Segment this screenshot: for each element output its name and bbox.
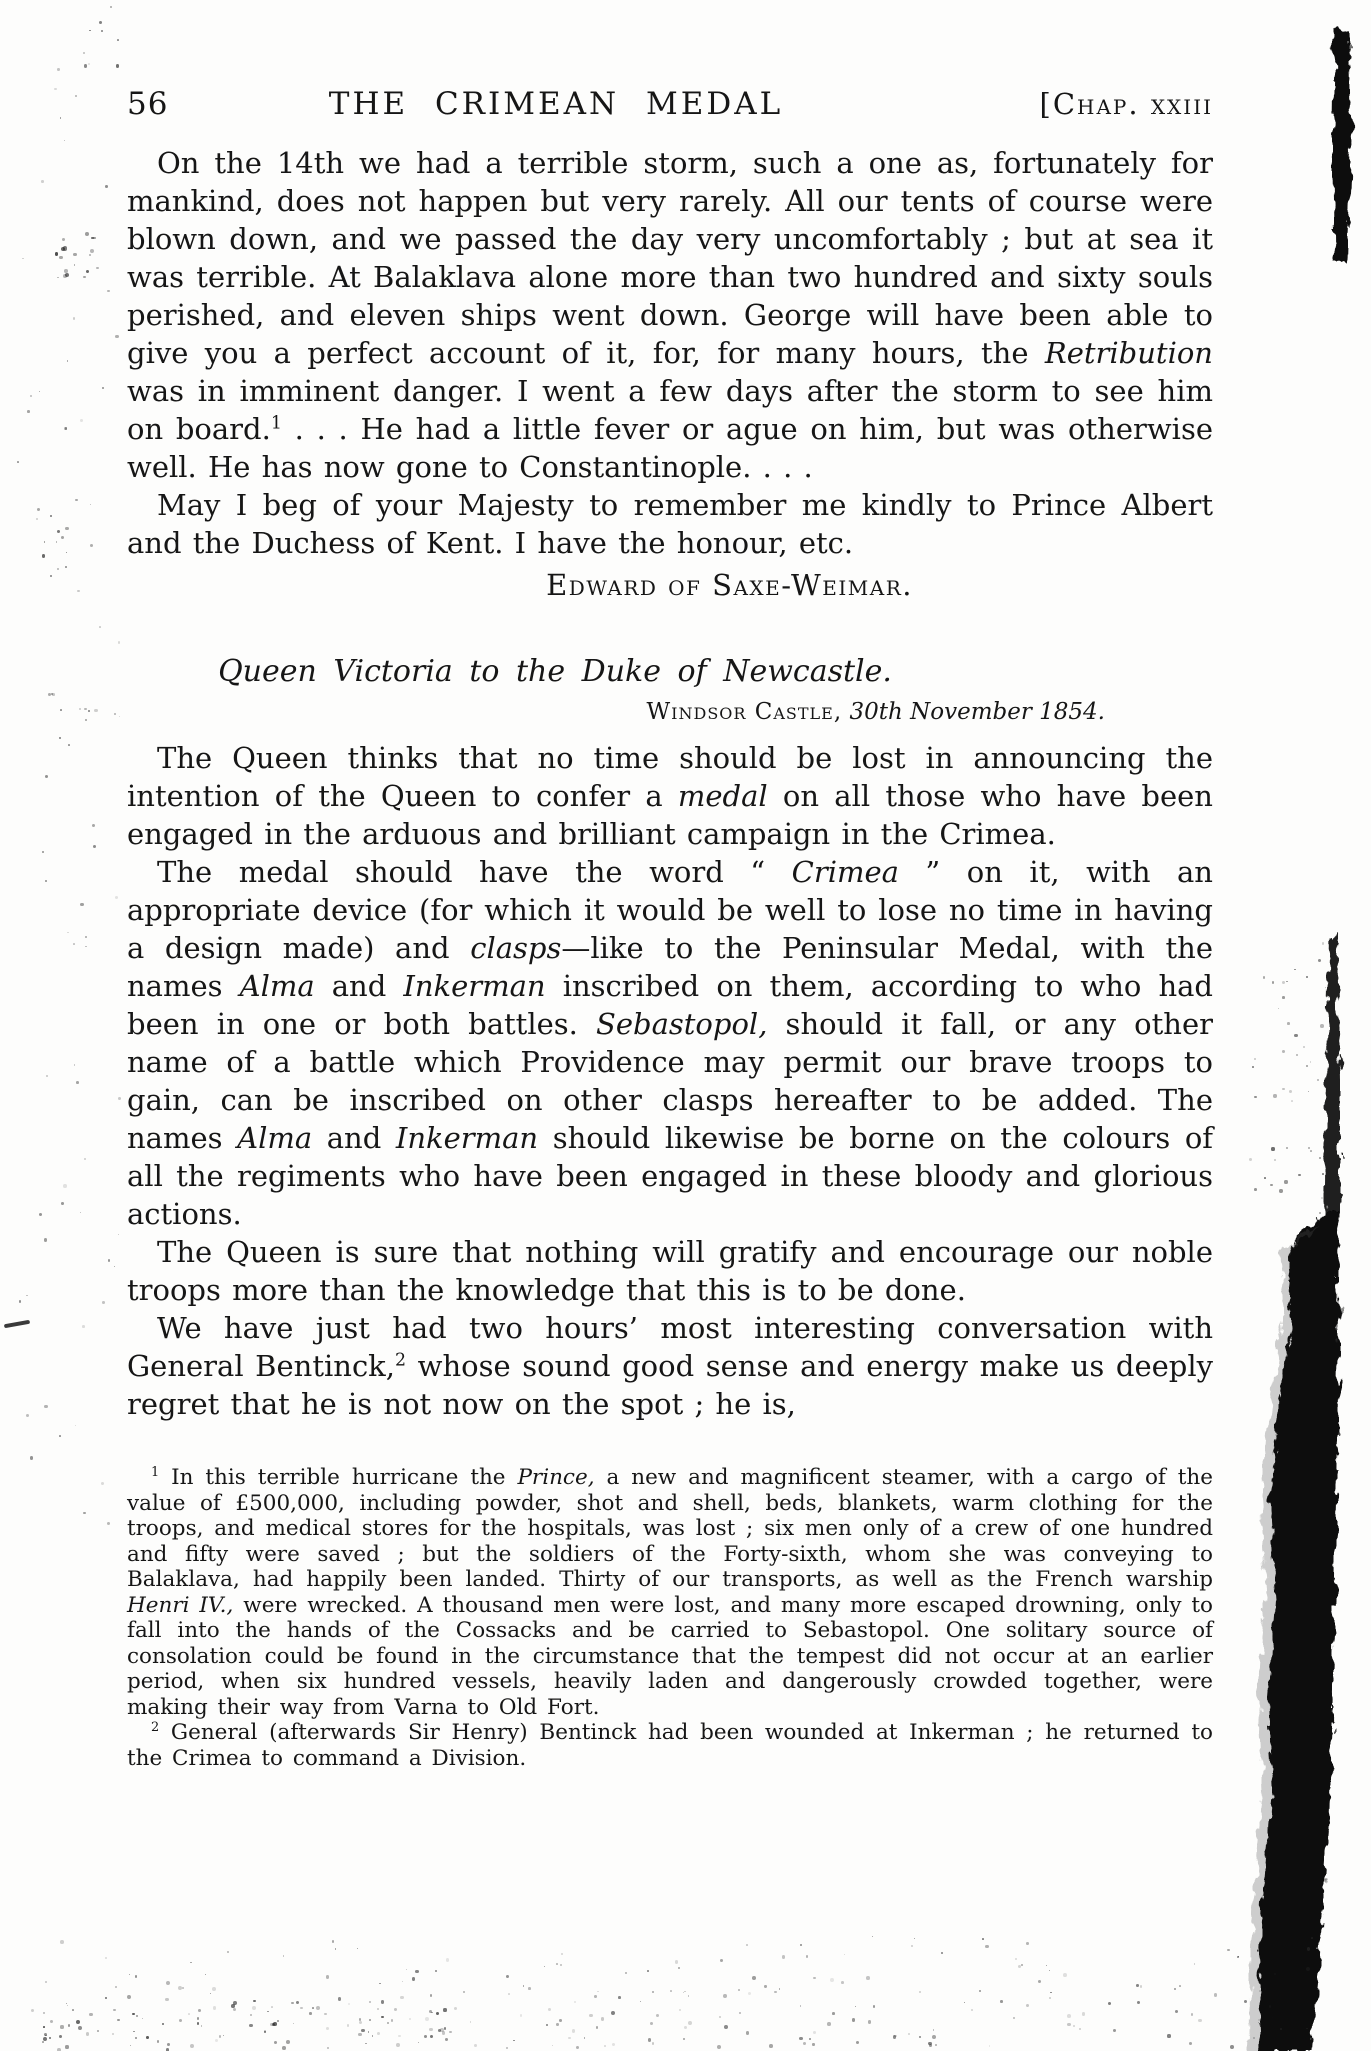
footnote-2: 2 General (afterwards Sir Henry) Bentinc… (127, 1720, 1213, 1771)
scan-artifact-right-edge (1240, 0, 1371, 2051)
page-header: 56 THE CRIMEAN MEDAL [Chap. xxiii (127, 86, 1213, 122)
letter2-paragraph-1: The Queen thinks that no time should be … (127, 739, 1213, 853)
book-page-scan: 56 THE CRIMEAN MEDAL [Chap. xxiii On the… (0, 0, 1371, 2051)
footnote-1: 1 In this terrible hurricane the Prince,… (127, 1465, 1213, 1720)
letter1-signature: Edward of Saxe-Weimar. (127, 568, 913, 602)
scan-artifact-margin-mark (4, 1320, 30, 1328)
letter2-heading: Queen Victoria to the Duke of Newcastle. (12, 654, 1098, 689)
footnotes-section: 1 In this terrible hurricane the Prince,… (127, 1465, 1213, 1771)
dateline-date: 30th November 1854. (849, 699, 1105, 725)
letter1-paragraph-1: On the 14th we had a terrible storm, suc… (127, 144, 1213, 486)
letter2-dateline: Windsor Castle, 30th November 1854. (127, 699, 1105, 725)
running-title: THE CRIMEAN MEDAL (120, 86, 991, 122)
dateline-place: Windsor Castle, (647, 699, 843, 725)
letter2-paragraph-2: The medal should have the word “ Crimea … (127, 853, 1213, 1233)
letter2-paragraph-4: We have just had two hours’ most interes… (127, 1309, 1213, 1423)
scan-artifact-tail (1324, 936, 1340, 1218)
letter1-paragraph-2: May I beg of your Majesty to remember me… (127, 486, 1213, 562)
scan-artifact-top-bar (1333, 28, 1351, 262)
letter2-paragraph-3: The Queen is sure that nothing will grat… (127, 1233, 1213, 1309)
scan-artifact-blob (1258, 1212, 1339, 2051)
text-block: 56 THE CRIMEAN MEDAL [Chap. xxiii On the… (127, 86, 1213, 1771)
chapter-label: [Chap. xxiii (1040, 87, 1213, 121)
